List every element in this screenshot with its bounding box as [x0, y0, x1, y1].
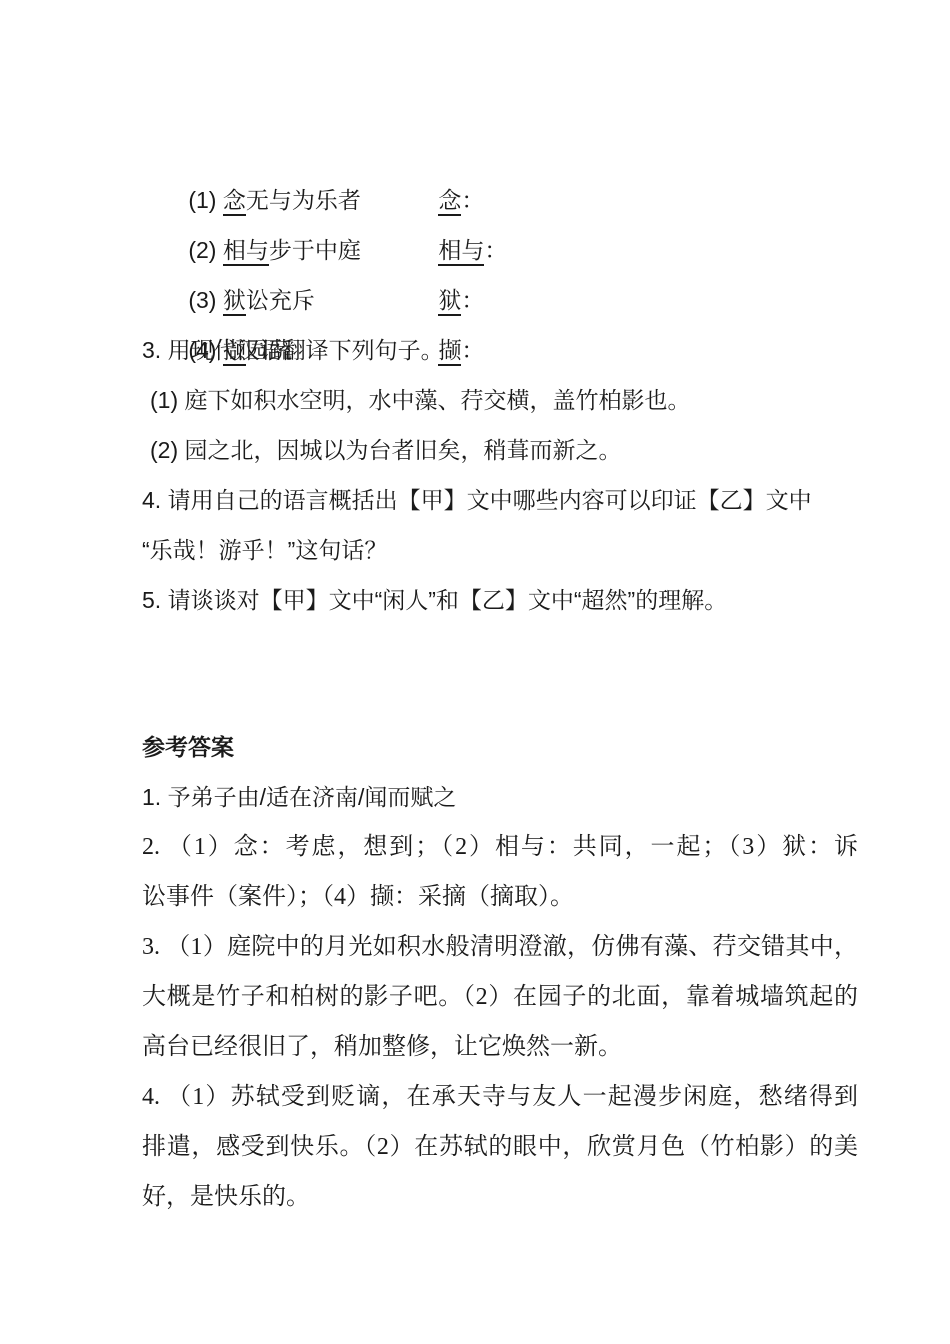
answers-section: 参考答案 1. 予弟子由/适在济南/闻而赋之 2. （1）念：考虑，想到；（2）…	[142, 722, 950, 1222]
vocab-term: 狱：	[438, 287, 484, 316]
answer-4-line-3: 好，是快乐的。	[142, 1172, 858, 1222]
vocab-term-word: 狱	[438, 287, 461, 316]
document-page: (1) 念无与为乐者念： (2) 相与步于中庭相与： (3) 狱讼充斥狱： (4…	[0, 0, 950, 1344]
answers-heading: 参考答案	[142, 722, 950, 772]
question-4-line-1: 4. 请用自己的语言概括出【甲】文中哪些内容可以印证【乙】文中	[142, 475, 818, 525]
vocab-item-1: (1) 念无与为乐者念：	[142, 125, 826, 175]
vocab-phrase: (2) 相与步于中庭	[188, 225, 438, 275]
vocab-term-colon: ：	[461, 287, 484, 313]
answer-2-line-1: 2. （1）念：考虑，想到；（2）相与：共同，一起；（3）狱：诉	[142, 822, 858, 872]
vocab-item-number: (2)	[188, 237, 223, 263]
vocab-term: 撷：	[438, 337, 484, 366]
vocab-underlined-word: 念	[223, 187, 246, 216]
vocab-underlined-word: 狱	[223, 287, 246, 316]
vocab-phrase: (3) 狱讼充斥	[188, 275, 438, 325]
vocab-phrase-rest: 步于中庭	[269, 237, 361, 263]
vocab-term-colon: ：	[484, 237, 507, 263]
vocab-term-word: 相与	[438, 237, 484, 266]
answer-3-line-2: 大概是竹子和柏树的影子吧。（2）在园子的北面，靠着城墙筑起的	[142, 972, 858, 1022]
question-4-line-2: “乐哉！游乎！”这句话？	[142, 525, 818, 575]
answer-3-line-3: 高台已经很旧了，稍加整修，让它焕然一新。	[142, 1022, 858, 1072]
answer-3-line-1: 3. （1）庭院中的月光如积水般清明澄澈，仿佛有藻、荇交错其中，	[142, 922, 858, 972]
question-3-sub-2: (2) 园之北，因城以为台者旧矣，稍葺而新之。	[142, 425, 826, 475]
vocab-underlined-word: 相与	[223, 237, 269, 266]
vocab-term-colon: ：	[461, 337, 484, 363]
vocab-phrase-rest: 讼充斥	[246, 287, 315, 313]
questions-section: (1) 念无与为乐者念： (2) 相与步于中庭相与： (3) 狱讼充斥狱： (4…	[142, 125, 950, 625]
question-3-sub-1: (1) 庭下如积水空明，水中藻、荇交横，盖竹柏影也。	[142, 375, 826, 425]
vocab-term: 相与：	[438, 237, 507, 266]
answer-1: 1. 予弟子由/适在济南/闻而赋之	[142, 772, 950, 822]
answer-4-line-2: 排遣，感受到快乐。（2）在苏轼的眼中，欣赏月色（竹柏影）的美	[142, 1122, 858, 1172]
answer-4-line-1: 4. （1）苏轼受到贬谪，在承天寺与友人一起漫步闲庭，愁绪得到	[142, 1072, 858, 1122]
vocab-item-number: (1)	[188, 187, 223, 213]
vocab-term: 念：	[438, 187, 484, 216]
vocab-term-word: 念	[438, 187, 461, 216]
vocab-phrase: (1) 念无与为乐者	[188, 175, 438, 225]
answer-2-line-2: 讼事件（案件）；（4）撷：采摘（摘取）。	[142, 872, 858, 922]
question-5: 5. 请谈谈对【甲】文中“闲人”和【乙】文中“超然”的理解。	[142, 575, 818, 625]
vocab-term-colon: ：	[461, 187, 484, 213]
section-gap	[142, 625, 950, 722]
vocab-phrase-rest: 无与为乐者	[246, 187, 361, 213]
vocab-item-number: (3)	[188, 287, 223, 313]
